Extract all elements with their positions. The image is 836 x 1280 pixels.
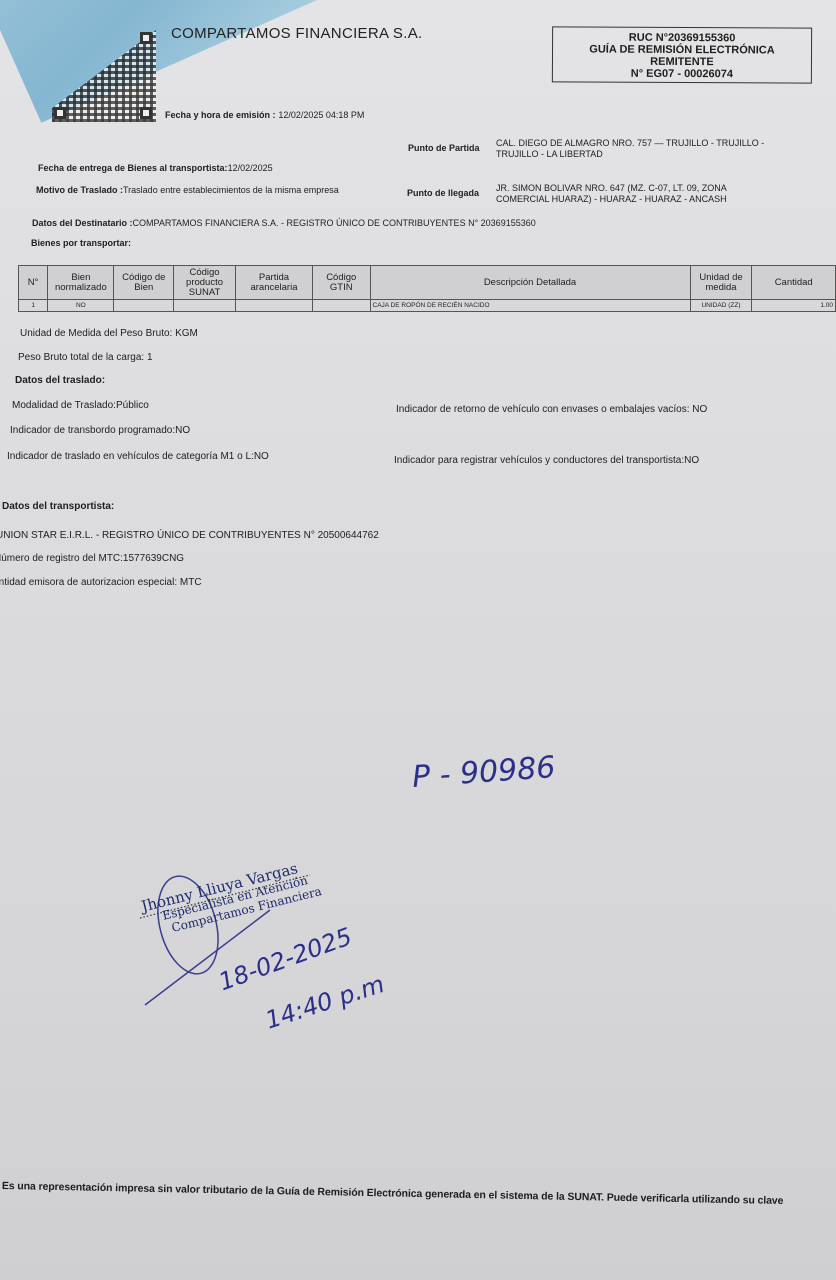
table-row: 1 NO CAJA DE ROPÓN DE RECIÉN NACIDO UNID… (19, 300, 836, 312)
company-name: COMPARTAMOS FINANCIERA S.A. (171, 25, 422, 42)
register-indicator: Indicador para registrar vehículos y con… (394, 455, 699, 466)
weight-unit: Unidad de Medida del Peso Bruto: KGM (20, 328, 198, 339)
emission-value: 12/02/2025 04:18 PM (278, 110, 364, 120)
col-header: Unidad de medida (690, 266, 752, 300)
items-table: N° Bien normalizado Código de Bien Códig… (18, 265, 836, 312)
transfer-reason: Motivo de Traslado :Traslado entre estab… (36, 185, 339, 195)
carrier-name: UNION STAR E.I.R.L. - REGISTRO ÚNICO DE … (0, 530, 379, 541)
goods-label: Bienes por transportar: (31, 238, 131, 248)
document-number: N° EG07 - 00026074 (553, 67, 811, 80)
qr-finder-icon (54, 107, 66, 119)
col-header: Código GTIN (313, 266, 371, 300)
table-header-row: N° Bien normalizado Código de Bien Códig… (19, 266, 836, 300)
weight-total: Peso Bruto total de la carga: 1 (18, 352, 153, 363)
transfer-modality: Modalidad de Traslado:Público (12, 400, 149, 411)
origin-label: Punto de Partida (408, 143, 480, 153)
destination-label: Punto de llegada (407, 188, 479, 198)
qr-finder-icon (140, 32, 152, 44)
col-header: Bien normalizado (48, 266, 114, 300)
col-header: N° (19, 266, 48, 300)
m1l-indicator: Indicador de traslado en vehículos de ca… (7, 451, 269, 462)
destination-address: JR. SIMON BOLIVAR NRO. 647 (MZ. C-07, LT… (496, 183, 727, 205)
origin-address: CAL. DIEGO DE ALMAGRO NRO. 757 — TRUJILL… (496, 138, 764, 160)
carrier-authority: Entidad emisora de autorizacion especial… (0, 577, 202, 588)
col-header: Código de Bien (114, 266, 174, 300)
delivery-date: Fecha de entrega de Bienes al transporti… (38, 163, 273, 173)
emission-label: Fecha y hora de emisión : (165, 110, 276, 120)
handwritten-reference: P - 90986 (411, 750, 557, 795)
col-header: Descripción Detallada (370, 266, 690, 300)
col-header: Cantidad (752, 266, 836, 300)
emission-datetime: Fecha y hora de emisión : 12/02/2025 04:… (165, 110, 364, 121)
legal-footer: Es una representación impresa sin valor … (2, 1180, 784, 1207)
carrier-mtc-number: Número de registro del MTC:1577639CNG (0, 553, 184, 564)
qr-finder-icon (140, 107, 152, 119)
carrier-section-title: Datos del transportista: (2, 501, 114, 512)
return-indicator: Indicador de retorno de vehículo con env… (396, 404, 707, 415)
transfer-section-title: Datos del traslado: (15, 375, 105, 386)
col-header: Código producto SUNAT (174, 266, 236, 300)
col-header: Partida arancelaria (235, 266, 312, 300)
transshipment-indicator: Indicador de transbordo programado:NO (10, 425, 190, 436)
blue-folder-overlay (0, 0, 370, 123)
ruc-box: RUC N°20369155360 GUÍA DE REMISIÓN ELECT… (552, 26, 812, 83)
document-title: GUÍA DE REMISIÓN ELECTRÓNICA (553, 43, 811, 56)
recipient-data: Datos del Destinatario :COMPARTAMOS FINA… (32, 218, 536, 228)
